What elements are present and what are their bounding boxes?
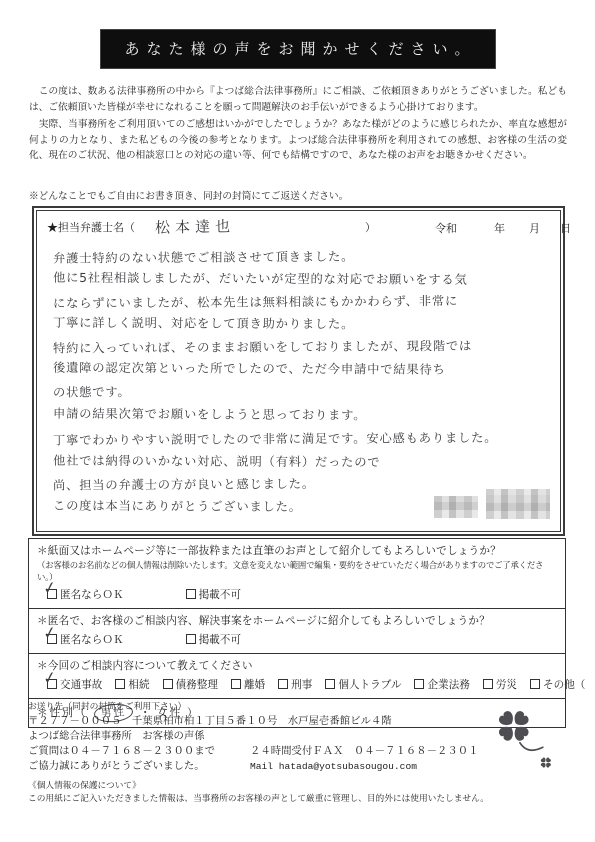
option-labor-accident[interactable]: 労災 (483, 677, 517, 692)
checkbox-unchecked[interactable] (278, 679, 288, 689)
thanks-note: ご協力誠にありがとうございました。 (28, 759, 250, 774)
question-row-publish-case: ＊匿名で、お客様のご相談内容、解決事案をホームページに紹介してもよろしいでしょう… (29, 609, 565, 654)
option-traffic-accident[interactable]: ✓交通事故 (47, 677, 102, 692)
option-label: 個人トラブル (338, 680, 401, 691)
option-label: 離婚 (244, 680, 265, 691)
handwritten-feedback: 弁護士特約のない状態でご相談させて頂きました。 他に5社程相談しましたが、だいた… (53, 247, 552, 519)
checkbox-unchecked[interactable] (163, 679, 173, 689)
privacy-title: 《個人情報の保護について》 (28, 779, 568, 792)
redacted-signature (486, 489, 550, 519)
question-note: （お客様のお名前などの個人情報は削除いたします。文意を変えない範囲で編集・要約を… (37, 559, 557, 583)
survey-document: あなた様の声をお聞かせください。 この度は、数ある法律事務所の中から『よつば総合… (0, 0, 595, 842)
option-label: 掲載不可 (199, 635, 241, 646)
checkbox-unchecked[interactable] (186, 589, 196, 599)
question-row-case-type: ＊今回のご相談内容について教えてください ✓交通事故 相続 債務整理 離婚 刑事 (29, 654, 565, 699)
year-label: 年 (494, 220, 505, 236)
option-corporate[interactable]: 企業法務 (414, 677, 469, 692)
checkbox-unchecked[interactable] (325, 679, 335, 689)
four-leaf-clover-logo (487, 703, 565, 787)
privacy-notice: 《個人情報の保護について》 この用紙にご記入いただきました情報は、当事務所のお客… (28, 779, 568, 804)
option-label: 労災 (496, 680, 517, 691)
checkbox-unchecked[interactable] (231, 679, 241, 689)
question-title: ＊紙面又はホームページ等に一部抜粋または直筆のお声として紹介してもよろしいでしょ… (37, 543, 557, 558)
option-no-publish[interactable]: 掲載不可 (186, 632, 241, 647)
postal-address: 〒２７７－０００５ 千葉県柏市柏１丁目５番１０号 水戸屋壱番館ビル４階 (28, 714, 488, 729)
intro-paragraphs: この度は、数ある法律事務所の中から『よつば総合法律事務所』にご相談、ご依頼頂きあ… (29, 84, 567, 166)
era-label: 令和 (435, 220, 457, 236)
office-name: よつば総合法律事務所 お客様の声係 (28, 729, 488, 744)
question-title: ＊匿名で、お客様のご相談内容、解決事案をホームページに紹介してもよろしいでしょう… (37, 613, 557, 628)
send-to-block: お送り先（同封の封筒をご利用下さい） 〒２７７－０００５ 千葉県柏市柏１丁目５番… (28, 699, 488, 774)
lawyer-name-value: 松本達也 (155, 215, 235, 237)
checkbox-unchecked[interactable] (483, 679, 493, 689)
option-anonymous-ok[interactable]: ✓匿名ならＯＫ (47, 587, 124, 602)
option-anonymous-ok[interactable]: ✓匿名ならＯＫ (47, 632, 124, 647)
option-label: 匿名ならＯＫ (60, 590, 124, 601)
fax-number: ２４時間受付ＦＡＸ ０４－７１６８－２３０１ (250, 744, 479, 759)
handwritten-line: 丁寧でわかりやすい説明でしたので非常に満足です。安心感もありました。 (53, 428, 552, 453)
option-no-publish[interactable]: 掲載不可 (186, 587, 241, 602)
option-other[interactable]: その他（ ） (530, 677, 595, 692)
option-debt[interactable]: 債務整理 (163, 677, 218, 692)
option-personal-trouble[interactable]: 個人トラブル (325, 677, 401, 692)
send-to-heading: お送り先（同封の封筒をご利用下さい） (28, 699, 488, 714)
option-label: 企業法務 (427, 680, 469, 691)
phone-number: ご質問は０４－７１６８－２３００まで (28, 744, 250, 759)
checkbox-unchecked[interactable] (115, 679, 125, 689)
privacy-text: この用紙にご記入いただきました情報は、当事務所のお客様の声として厳重に管理し、目… (28, 792, 568, 805)
checkbox-unchecked[interactable] (530, 679, 540, 689)
handwritten-line: 他に5社程相談しましたが、だいたいが定型的な対応でお願いをする気 (53, 268, 552, 293)
handwritten-line: 尚、担当の弁護士の方が良いと感じました。 (53, 473, 552, 498)
option-label: 匿名ならＯＫ (60, 635, 124, 646)
handwritten-line: 特約に入っていれば、そのままお願いをしておりましたが、現段階では (53, 335, 552, 360)
handwritten-line: 申請の結果次第でお願いをしようと思っております。 (53, 404, 552, 431)
option-inheritance[interactable]: 相続 (115, 677, 149, 692)
option-divorce[interactable]: 離婚 (231, 677, 265, 692)
checkbox-checked[interactable] (47, 634, 57, 644)
handwritten-line: にならずにいましたが、松本先生は無料相談にもかかわらず、非常に (53, 290, 552, 315)
lawyer-name-label: ★担当弁護士名（ (47, 222, 135, 234)
option-label: その他（ ） (543, 680, 595, 691)
feedback-box: ★担当弁護士名（ 松本達也 ） 令和 年 月 日 弁護士特約のない状態でご相談さ… (32, 206, 565, 536)
checkbox-checked[interactable] (47, 679, 57, 689)
handwritten-line: 他社では納得のいかない対応、説明（有料）だったので (53, 450, 552, 475)
option-label: 刑事 (291, 680, 312, 691)
day-label: 日 (560, 220, 571, 236)
question-title: ＊今回のご相談内容について教えてください (37, 658, 557, 673)
option-label: 掲載不可 (199, 590, 241, 601)
checkbox-unchecked[interactable] (414, 679, 424, 689)
checkbox-unchecked[interactable] (186, 634, 196, 644)
intro-paragraph-1: この度は、数ある法律事務所の中から『よつば総合法律事務所』にご相談、ご依頼頂きあ… (29, 84, 567, 115)
page-title-banner: あなた様の声をお聞かせください。 (100, 30, 494, 68)
handwritten-line: 後遺障の認定次第といった所でしたので、ただ今申請中で結果待ち (53, 358, 552, 383)
question-row-publish-excerpt: ＊紙面又はホームページ等に一部抜粋または直筆のお声として紹介してもよろしいでしょ… (29, 539, 565, 609)
lawyer-name-row: ★担当弁護士名（ 松本達也 ） 令和 年 月 日 (47, 219, 552, 235)
month-label: 月 (529, 220, 540, 236)
feedback-box-inner: ★担当弁護士名（ 松本達也 ） 令和 年 月 日 弁護士特約のない状態でご相談さ… (36, 210, 561, 532)
option-criminal[interactable]: 刑事 (278, 677, 312, 692)
free-writing-note: ※どんなことでもご自由にお書き頂き、同封の封筒にてご返送ください。 (29, 188, 348, 202)
handwritten-line: の状態です。 (53, 380, 552, 407)
checkbox-checked[interactable] (47, 589, 57, 599)
email-address: Mail hatada@yotsubasougou.com (250, 759, 417, 774)
redacted-signature (434, 496, 478, 518)
option-label: 交通事故 (60, 680, 102, 691)
paren-close: ） (365, 219, 376, 235)
intro-paragraph-2: 実際、当事務所をご利用頂いてのご感想はいかがでしたでしょうか？あなた様がどのよう… (29, 117, 567, 164)
handwritten-line: 丁寧に詳しく説明、対応をして頂き助かりました。 (53, 313, 552, 338)
option-label: 債務整理 (176, 680, 218, 691)
option-label: 相続 (128, 680, 149, 691)
